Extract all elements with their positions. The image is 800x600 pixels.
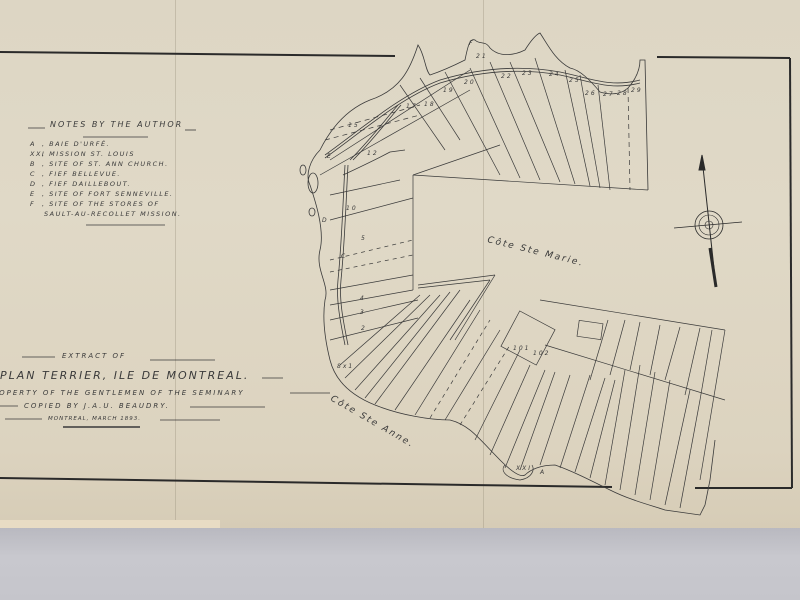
note-key: D (30, 179, 42, 189)
title-property-line: Property Of The Gentlemen Of The Seminar… (0, 389, 245, 397)
lot-number: 15 (348, 122, 360, 129)
lot-number: 2 (361, 325, 367, 332)
title-copied-by: Copied By J.A.U. Beaudry. (24, 402, 170, 410)
note-text: Fief Daillebout. (49, 180, 131, 188)
lot-number: 21 (476, 53, 488, 60)
note-item: D, Fief Daillebout. (30, 179, 208, 189)
marker-c: C (341, 253, 347, 260)
lot-number: 4 (360, 295, 366, 302)
notes-by-author-block: Notes By The Author A, Baie D'Urfé. XXI,… (28, 120, 208, 219)
title-plan-terrier: Plan Terrier, Ile De Montreal. (0, 369, 249, 382)
note-key: F (30, 199, 42, 209)
map-photograph: Côte Ste Marie. Côte Ste Anne. 12 15 17 … (0, 0, 800, 600)
notes-heading: Notes By The Author (50, 120, 208, 129)
label-cote-ste-marie: Côte Ste Marie. (486, 234, 585, 269)
note-text: Sault-au-Recollet Mission. (44, 210, 182, 218)
marker-a: A (539, 469, 546, 476)
lot-lines-south (340, 275, 725, 508)
note-key: E (30, 189, 42, 199)
note-item: F, Site Of The Stores Of (30, 199, 208, 209)
note-item: Sault-au-Recollet Mission. (44, 209, 208, 219)
shoreline (300, 33, 715, 515)
lot-number: 5 (361, 235, 367, 242)
note-text: Site Of The Stores Of (49, 200, 160, 208)
note-text: Site Of Fort Senneville. (49, 190, 173, 198)
lot-number: 28 (617, 90, 629, 97)
lot-number: 19 (443, 87, 455, 94)
title-extract-of: Extract Of (62, 352, 126, 360)
lot-number: 25 (569, 77, 581, 84)
lot-number: 22 (501, 73, 513, 80)
road (325, 68, 640, 345)
lot-number: 17 (406, 103, 418, 110)
lot-number: 102 (533, 350, 550, 357)
map-labels: Côte Ste Marie. Côte Ste Anne. (329, 234, 586, 450)
lot-number: 3 (360, 309, 366, 316)
lot-number: 29 (631, 87, 643, 94)
lot-number: 20 (464, 79, 476, 86)
note-key: A (30, 139, 42, 149)
compass-rose-icon (674, 155, 742, 287)
marker-d: D (322, 217, 329, 224)
marker-e: E (327, 153, 333, 160)
lot-number: 27 (603, 91, 615, 98)
note-text: Fief Bellevue. (49, 170, 121, 178)
lot-number: 24 (549, 71, 561, 78)
lot-number: 10 (346, 205, 358, 212)
note-item: A, Baie D'Urfé. (30, 139, 208, 149)
lot-number: 18 (424, 101, 436, 108)
note-text: Site Of St. Ann Church. (49, 160, 169, 168)
marker-xxi: XXI (515, 465, 532, 472)
note-item: C, Fief Bellevue. (30, 169, 208, 179)
note-text: Mission St. Louis (49, 150, 135, 158)
note-key: C (30, 169, 42, 179)
note-item: E, Site Of Fort Senneville. (30, 189, 208, 199)
map-drawing: Côte Ste Marie. Côte Ste Anne. 12 15 17 … (0, 0, 800, 600)
note-item: XXI, Mission St. Louis (30, 149, 208, 159)
lot-number: 26 (585, 90, 597, 97)
note-text: Baie D'Urfé. (49, 140, 110, 148)
lot-number: 101 (513, 345, 530, 352)
label-cote-ste-anne: Côte Ste Anne. (329, 393, 417, 450)
note-item: B, Site Of St. Ann Church. (30, 159, 208, 169)
marker-f: F (469, 40, 474, 47)
lot-number: 12 (367, 150, 379, 157)
north-arrow-icon (699, 155, 705, 170)
lot-number: 8x1 (337, 363, 354, 370)
note-key: XXI (30, 149, 42, 159)
note-key: B (30, 159, 42, 169)
title-date: Montreal, March 1893. (48, 416, 141, 422)
lot-number: 23 (522, 70, 534, 77)
